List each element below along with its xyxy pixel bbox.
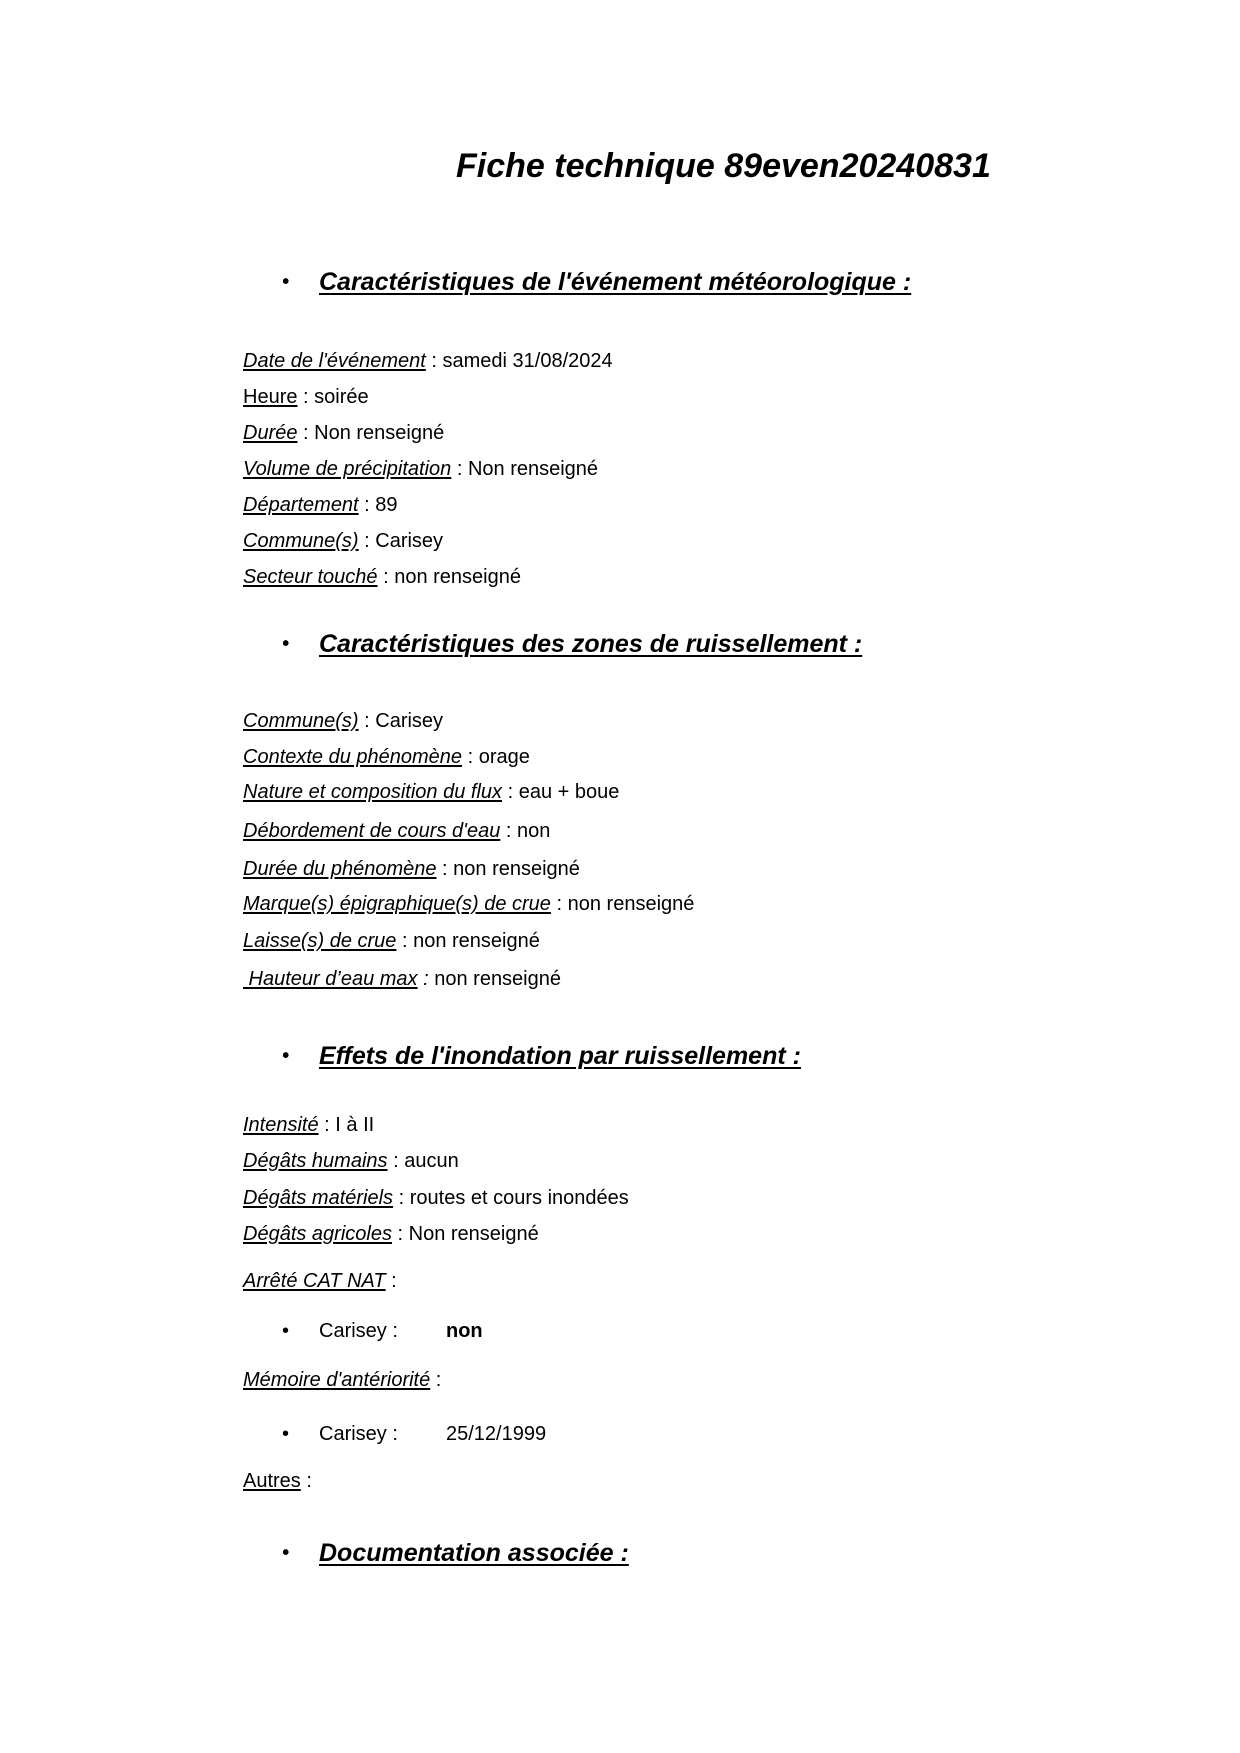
field-communes: Commune(s) : Carisey	[243, 711, 443, 731]
field-label: Dégâts agricoles	[243, 1223, 392, 1245]
memoire-value: 25/12/1999	[446, 1424, 546, 1444]
field-intensite: Intensité : I à II	[243, 1115, 374, 1135]
field-nature-flux: Nature et composition du flux : eau + bo…	[243, 782, 619, 802]
bullet-icon: •	[282, 272, 289, 292]
bullet-icon: •	[282, 1543, 289, 1563]
field-autres: Autres :	[243, 1471, 312, 1491]
field-value: : orage	[462, 746, 530, 768]
section-heading-effets: Effets de l'inondation par ruissellement…	[319, 1044, 801, 1069]
field-value: : non renseigné	[551, 893, 694, 915]
field-value: : I à II	[319, 1114, 375, 1136]
field-label: Intensité	[243, 1114, 319, 1136]
field-label: Durée	[243, 422, 297, 444]
field-value: : non renseigné	[396, 930, 539, 952]
field-secteur: Secteur touché : non renseigné	[243, 567, 521, 587]
memoire-commune: Carisey :	[319, 1424, 398, 1444]
field-hauteur-eau: Hauteur d’eau max : non renseigné	[243, 969, 561, 989]
field-value: : routes et cours inondées	[393, 1187, 629, 1209]
field-value: : Carisey	[359, 710, 443, 732]
section-heading-meteo: Caractéristiques de l'événement météorol…	[319, 270, 911, 295]
field-value: : 89	[359, 494, 398, 516]
field-value: : soirée	[297, 386, 368, 408]
section-heading-documentation: Documentation associée :	[319, 1541, 629, 1566]
field-degats-humains: Dégâts humains : aucun	[243, 1151, 459, 1171]
field-label: Volume de précipitation	[243, 458, 451, 480]
field-colon: :	[418, 968, 429, 990]
catnat-value: non	[446, 1321, 483, 1341]
field-volume: Volume de précipitation : Non renseigné	[243, 459, 598, 479]
field-contexte: Contexte du phénomène : orage	[243, 747, 530, 767]
field-label: Commune(s)	[243, 530, 359, 552]
field-value: : Non renseigné	[297, 422, 444, 444]
field-value: : Non renseigné	[392, 1223, 539, 1245]
field-label: Débordement de cours d'eau	[243, 820, 500, 842]
catnat-commune: Carisey :	[319, 1321, 398, 1341]
field-value: : samedi 31/08/2024	[426, 350, 613, 372]
field-value: non renseigné	[429, 968, 561, 990]
bullet-icon: •	[282, 634, 289, 654]
field-heure: Heure : soirée	[243, 387, 369, 407]
field-label: Dégâts matériels	[243, 1187, 393, 1209]
field-degats-agricoles: Dégâts agricoles : Non renseigné	[243, 1224, 539, 1244]
field-label: Marque(s) épigraphique(s) de crue	[243, 893, 551, 915]
section-heading-zones: Caractéristiques des zones de ruissellem…	[319, 632, 862, 657]
field-label: Date de l'événement	[243, 350, 426, 372]
field-value: : Non renseigné	[451, 458, 598, 480]
field-date: Date de l'événement : samedi 31/08/2024	[243, 351, 613, 371]
bullet-icon: •	[282, 1424, 289, 1444]
field-memoire: Mémoire d'antériorité :	[243, 1370, 441, 1390]
field-label: Mémoire d'antériorité	[243, 1369, 430, 1391]
field-label: Heure	[243, 386, 297, 408]
field-label: Département	[243, 494, 359, 516]
field-value: : Carisey	[359, 530, 443, 552]
field-label: Nature et composition du flux	[243, 781, 502, 803]
field-label: Autres	[243, 1470, 301, 1492]
bullet-icon: •	[282, 1321, 289, 1341]
field-duree: Durée : Non renseigné	[243, 423, 444, 443]
field-value: : non renseigné	[378, 566, 521, 588]
field-value: : non	[500, 820, 550, 842]
field-departement: Département : 89	[243, 495, 398, 515]
field-label: Dégâts humains	[243, 1150, 388, 1172]
field-marques-epigraphiques: Marque(s) épigraphique(s) de crue : non …	[243, 894, 694, 914]
field-debordement: Débordement de cours d'eau : non	[243, 821, 550, 841]
document-title: Fiche technique 89even20240831	[456, 149, 991, 183]
field-label: Durée du phénomène	[243, 858, 436, 880]
field-value: : aucun	[388, 1150, 459, 1172]
bullet-icon: •	[282, 1046, 289, 1066]
field-degats-materiels: Dégâts matériels : routes et cours inond…	[243, 1188, 629, 1208]
field-label: Laisse(s) de crue	[243, 930, 396, 952]
field-label: Contexte du phénomène	[243, 746, 462, 768]
field-value: : non renseigné	[436, 858, 579, 880]
field-value: : eau + boue	[502, 781, 619, 803]
field-label: Commune(s)	[243, 710, 359, 732]
field-label: Hauteur d’eau max	[243, 968, 418, 990]
field-catnat: Arrêté CAT NAT :	[243, 1271, 397, 1291]
field-label: Secteur touché	[243, 566, 378, 588]
field-duree-phenomene: Durée du phénomène : non renseigné	[243, 859, 580, 879]
field-laisses-crue: Laisse(s) de crue : non renseigné	[243, 931, 540, 951]
field-label: Arrêté CAT NAT	[243, 1270, 386, 1292]
field-communes: Commune(s) : Carisey	[243, 531, 443, 551]
